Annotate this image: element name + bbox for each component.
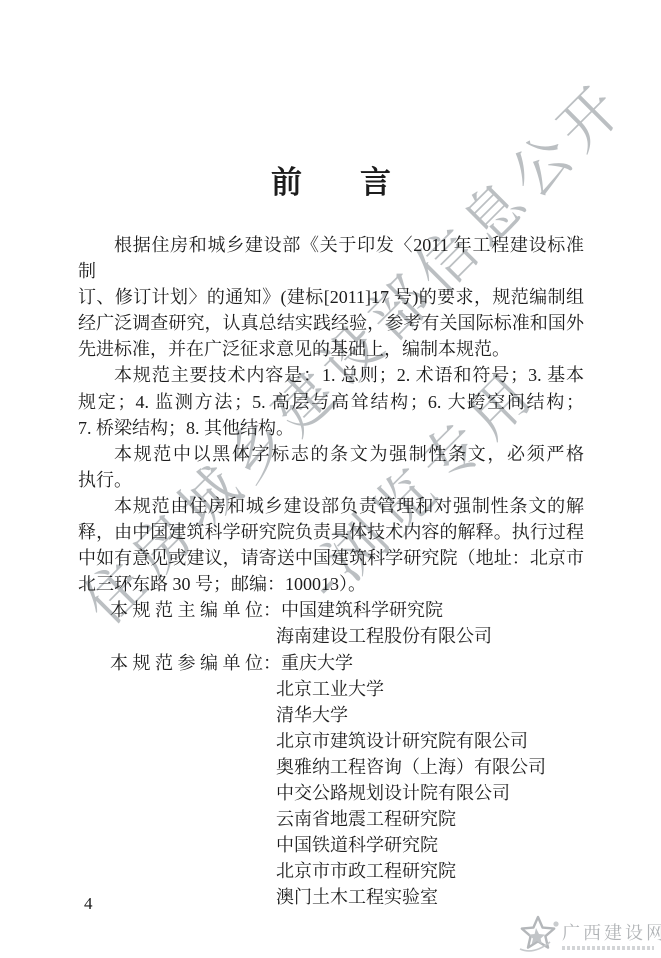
document-page: 住房城乡建设部信息公开 -浏览专用 前 言 根据住房和城乡建设部《关于印发〈20… bbox=[0, 0, 661, 958]
logo-tagline bbox=[562, 946, 654, 950]
paragraph-line: 本规范主要技术内容是：1. 总则；2. 术语和符号；3. 基本 bbox=[78, 362, 584, 388]
editor-unit-value: 云南省地震工程研究院 bbox=[276, 806, 584, 832]
paragraph-line: 规定；4. 监测方法；5. 高层与高耸结构；6. 大跨空间结构； bbox=[78, 389, 584, 415]
editor-unit-label bbox=[110, 858, 276, 884]
paragraph-line: 释，由中国建筑科学研究院负责具体技术内容的解释。执行过程 bbox=[78, 519, 584, 545]
editor-unit-row: 本 规 范 参 编 单 位：重庆大学 bbox=[78, 650, 584, 676]
star-icon bbox=[516, 914, 560, 956]
page-title-char-2: 言 bbox=[360, 163, 391, 203]
editor-unit-value: 奥雅纳工程咨询（上海）有限公司 bbox=[276, 754, 584, 780]
editor-unit-label bbox=[110, 780, 276, 806]
editor-unit-label: 本 规 范 主 编 单 位： bbox=[110, 597, 281, 623]
paragraph-line: 根据住房和城乡建设部《关于印发〈2011 年工程建设标准制 bbox=[78, 232, 584, 284]
paragraph-line: 7. 桥梁结构；8. 其他结构。 bbox=[78, 415, 584, 441]
editor-unit-row: 奥雅纳工程咨询（上海）有限公司 bbox=[78, 754, 584, 780]
logo-text-column: 广西建设网 bbox=[562, 914, 661, 950]
editor-unit-value: 中国铁道科学研究院 bbox=[276, 832, 584, 858]
foreword-paragraphs: 根据住房和城乡建设部《关于印发〈2011 年工程建设标准制订、修订计划〉的通知》… bbox=[78, 232, 584, 597]
editor-unit-value: 中交公路规划设计院有限公司 bbox=[276, 780, 584, 806]
editor-unit-label bbox=[110, 702, 276, 728]
editor-unit-value: 澳门土木工程实验室 bbox=[276, 884, 584, 910]
editor-units-section: 本 规 范 主 编 单 位：中国建筑科学研究院海南建设工程股份有限公司本 规 范… bbox=[78, 597, 584, 910]
paragraph-line: 本规范中以黑体字标志的条文为强制性条文，必须严格 bbox=[78, 441, 584, 467]
page-title: 前 言 bbox=[78, 163, 584, 203]
editor-unit-value: 海南建设工程股份有限公司 bbox=[276, 623, 584, 649]
editor-unit-value: 北京工业大学 bbox=[276, 676, 584, 702]
editor-unit-value: 重庆大学 bbox=[281, 650, 584, 676]
paragraph-line: 中如有意见或建议，请寄送中国建筑科学研究院（地址：北京市 bbox=[78, 545, 584, 571]
paragraph-line: 北三环东路 30 号；邮编：100013）。 bbox=[78, 571, 584, 597]
page-title-char-1: 前 bbox=[271, 163, 302, 203]
editor-unit-row: 北京市建筑设计研究院有限公司 bbox=[78, 728, 584, 754]
editor-unit-label bbox=[110, 623, 276, 649]
content-column: 根据住房和城乡建设部《关于印发〈2011 年工程建设标准制订、修订计划〉的通知》… bbox=[78, 232, 584, 910]
paragraph-line: 执行。 bbox=[78, 467, 584, 493]
editor-unit-value: 清华大学 bbox=[276, 702, 584, 728]
editor-unit-row: 清华大学 bbox=[78, 702, 584, 728]
editor-unit-row: 本 规 范 主 编 单 位：中国建筑科学研究院 bbox=[78, 597, 584, 623]
site-logo: 广西建设网 bbox=[516, 914, 661, 956]
editor-unit-label bbox=[110, 884, 276, 910]
editor-unit-label bbox=[110, 676, 276, 702]
paragraph-line: 本规范由住房和城乡建设部负责管理和对强制性条文的解 bbox=[78, 493, 584, 519]
editor-unit-row: 澳门土木工程实验室 bbox=[78, 884, 584, 910]
editor-unit-value: 北京市建筑设计研究院有限公司 bbox=[276, 728, 584, 754]
editor-unit-label: 本 规 范 参 编 单 位： bbox=[110, 650, 281, 676]
editor-unit-label bbox=[110, 806, 276, 832]
editor-unit-row: 云南省地震工程研究院 bbox=[78, 806, 584, 832]
logo-text: 广西建设网 bbox=[562, 922, 661, 944]
paragraph-line: 先进标准，并在广泛征求意见的基础上，编制本规范。 bbox=[78, 336, 584, 362]
editor-unit-label bbox=[110, 832, 276, 858]
editor-unit-row: 北京工业大学 bbox=[78, 676, 584, 702]
editor-unit-value: 中国建筑科学研究院 bbox=[281, 597, 584, 623]
paragraph-line: 订、修订计划〉的通知》(建标[2011]17 号)的要求，规范编制组 bbox=[78, 284, 584, 310]
editor-unit-row: 中交公路规划设计院有限公司 bbox=[78, 780, 584, 806]
editor-unit-row: 北京市市政工程研究院 bbox=[78, 858, 584, 884]
paragraph-line: 经广泛调查研究，认真总结实践经验，参考有关国际标准和国外 bbox=[78, 310, 584, 336]
editor-unit-row: 海南建设工程股份有限公司 bbox=[78, 623, 584, 649]
editor-unit-row: 中国铁道科学研究院 bbox=[78, 832, 584, 858]
editor-unit-value: 北京市市政工程研究院 bbox=[276, 858, 584, 884]
editor-unit-label bbox=[110, 728, 276, 754]
page-number: 4 bbox=[84, 894, 93, 914]
editor-unit-label bbox=[110, 754, 276, 780]
